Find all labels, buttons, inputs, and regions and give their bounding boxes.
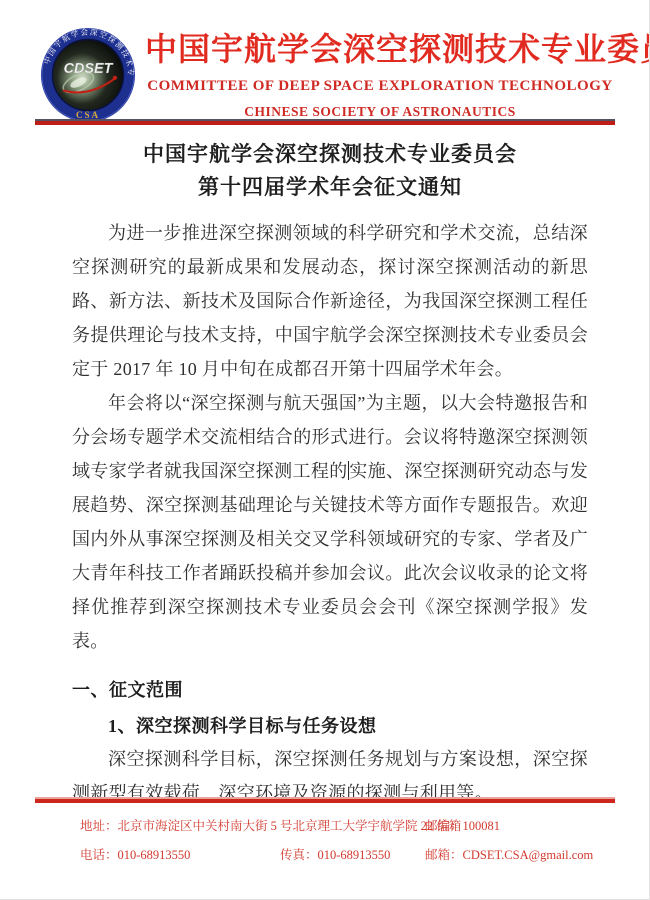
logo-acronym-text: CDSET <box>64 61 114 77</box>
footer-email: 邮箱：CDSET.CSA@gmail.com <box>425 847 593 863</box>
footer-row-2: 电话：010-68913550 传真：010-68913550 邮箱：CDSET… <box>35 847 615 863</box>
header-rule-red-line <box>35 121 615 125</box>
footer-row-1: 地址：北京市海淀区中关村南大街 5 号北京理工大学宇航学院 22 信箱 邮编：1… <box>35 818 615 834</box>
cdset-logo-icon: 中国宇航学会深空探测技术专业委员会 CDSET CSA <box>38 27 138 123</box>
document-content[interactable]: 中国宇航学会深空探测技术专业委员会 第十四届学术年会征文通知 为进一步推进深空探… <box>0 133 650 810</box>
document-page: 中国宇航学会深空探测技术专业委员会 CDSET CSA 中国宇航学会深空探测技术… <box>0 0 650 900</box>
footer-rule-red-line <box>35 799 615 804</box>
paragraph-2: 年会将以“深空探测与航天强国”为主题，以大会特邀报告和分会场专题学术交流相结合的… <box>72 386 588 658</box>
section-1-item-1-heading: 1、深空探测科学目标与任务设想 <box>108 710 588 742</box>
footer-fax: 传真：010-68913550 <box>280 847 390 863</box>
footer-postcode: 邮编：100081 <box>425 818 500 834</box>
header-rule <box>35 119 615 125</box>
letterhead-titles: 中国宇航学会深空探测技术专业委员会 COMMITTEE OF DEEP SPAC… <box>145 30 615 120</box>
footer-phone: 电话：010-68913550 <box>80 847 190 863</box>
cdset-logo: 中国宇航学会深空探测技术专业委员会 CDSET CSA <box>38 27 138 123</box>
paragraph-2-after-caret: 实施、深空探测研究动态与发展趋势、深空探测基础理论与关键技术等方面作专题报告。欢… <box>72 461 588 651</box>
paragraph-1: 为进一步推进深空探测领域的科学研究和学术交流，总结深空探测研究的最新成果和发展动… <box>72 216 588 386</box>
letterhead: 中国宇航学会深空探测技术专业委员会 CDSET CSA 中国宇航学会深空探测技术… <box>0 0 650 128</box>
document-title-line-1: 中国宇航学会深空探测技术专业委员会 <box>72 138 588 171</box>
section-1-heading: 一、征文范围 <box>72 673 588 707</box>
org-subtitle-en-2: CHINESE SOCIETY OF ASTRONAUTICS <box>145 104 615 120</box>
org-subtitle-en-1: COMMITTEE OF DEEP SPACE EXPLORATION TECH… <box>145 77 615 95</box>
document-title: 中国宇航学会深空探测技术专业委员会 第十四届学术年会征文通知 <box>72 138 588 204</box>
document-title-line-2: 第十四届学术年会征文通知 <box>72 171 588 204</box>
page-footer: 地址：北京市海淀区中关村南大街 5 号北京理工大学宇航学院 22 信箱 邮编：1… <box>35 797 615 863</box>
footer-address: 地址：北京市海淀区中关村南大街 5 号北京理工大学宇航学院 22 信箱 <box>80 818 461 834</box>
org-title-cn: 中国宇航学会深空探测技术专业委员会 <box>145 30 615 68</box>
